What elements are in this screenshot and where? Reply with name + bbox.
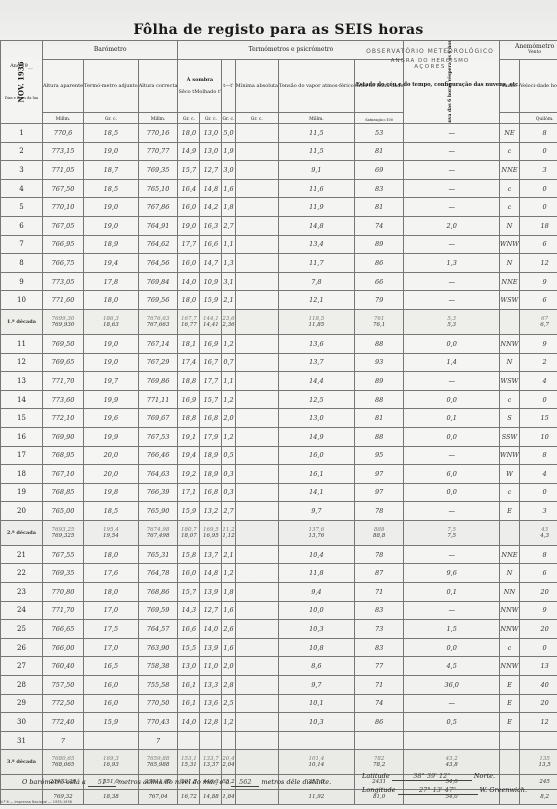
cell-alt_ap: 771,05 bbox=[42, 161, 83, 180]
cell-seco: 17,1 bbox=[178, 483, 200, 502]
cell-term: 17,0 bbox=[84, 601, 139, 620]
cell-tens bbox=[279, 731, 355, 750]
cell-chuva: 0,0 bbox=[404, 334, 499, 353]
cell-chuva: — bbox=[404, 601, 499, 620]
cell-seco: 14,0 bbox=[178, 272, 200, 291]
cell-chuva: 2,0 bbox=[404, 216, 499, 235]
cell-rumo: NNW bbox=[499, 620, 519, 639]
cell-alt_ap: 769,90 bbox=[42, 427, 83, 446]
cell-rumo: E bbox=[499, 694, 519, 713]
cell-chuva: 1,5 bbox=[404, 620, 499, 639]
cell-tens: 11,5 bbox=[279, 142, 355, 161]
unit-humidade: Saturação=100 bbox=[354, 113, 404, 124]
unit-altura-correcta: Millm. bbox=[138, 113, 178, 124]
totals-value: 1,84 bbox=[222, 790, 235, 805]
cell-rumo: c bbox=[499, 198, 519, 217]
cell-hum: 71 bbox=[354, 676, 404, 695]
day-cell: 24 bbox=[1, 601, 43, 620]
cell-molh: 13,2 bbox=[200, 502, 222, 521]
cell-seco: 18,8 bbox=[178, 372, 200, 391]
cell-vel: 40 bbox=[519, 676, 557, 695]
cell-tens: 10,3 bbox=[279, 713, 355, 732]
cell-seco: 18,0 bbox=[178, 291, 200, 310]
cell-seco: 18,1 bbox=[178, 334, 200, 353]
decade-value: 5,35,3 bbox=[404, 309, 499, 334]
cell-tens: 11,9 bbox=[279, 198, 355, 217]
cell-vel: 3 bbox=[519, 161, 557, 180]
table-row: 25766,6517,5764,5716,614,02,610,3731,5NN… bbox=[1, 620, 557, 639]
cell-chuva: — bbox=[404, 161, 499, 180]
cell-min bbox=[235, 142, 278, 161]
decade-label: 1.ª década bbox=[1, 309, 43, 334]
decade-value: 7659,88765,988 bbox=[138, 750, 178, 775]
barometer-distance: 562 bbox=[231, 778, 259, 787]
cell-min bbox=[235, 409, 278, 428]
barometer-height: 51 bbox=[88, 778, 116, 787]
cell-hum: 88 bbox=[354, 427, 404, 446]
col-minima: Mínima absoluta bbox=[235, 60, 278, 113]
cell-hum: 53 bbox=[354, 124, 404, 143]
cell-vel: 4 bbox=[519, 372, 557, 391]
cell-chuva: 4,5 bbox=[404, 657, 499, 676]
cell-tens: 11,5 bbox=[279, 124, 355, 143]
header-day: Ano 19__ NOV. 1936 Dias e fases da lua bbox=[1, 41, 43, 124]
cell-chuva: — bbox=[404, 291, 499, 310]
cell-chuva: — bbox=[404, 235, 499, 254]
day-cell: 23 bbox=[1, 583, 43, 602]
cell-chuva: — bbox=[404, 272, 499, 291]
cell-molh: 12,7 bbox=[200, 161, 222, 180]
cell-term: 18,9 bbox=[84, 235, 139, 254]
decade-value: 7674,98767,498 bbox=[138, 520, 178, 545]
cell-rumo: E bbox=[499, 502, 519, 521]
cell-vel: 2 bbox=[519, 353, 557, 372]
header-barometer: Barómetro bbox=[42, 41, 178, 60]
cell-chuva: 6,0 bbox=[404, 465, 499, 484]
totals-value bbox=[235, 790, 278, 805]
cell-tens: 10,3 bbox=[279, 620, 355, 639]
table-row: 23770,8018,0768,8615,713,91,89,4710,1NN2… bbox=[1, 583, 557, 602]
cell-hum: 89 bbox=[354, 372, 404, 391]
day-cell: 12 bbox=[1, 353, 43, 372]
cell-min bbox=[235, 291, 278, 310]
barometer-note: O barómetro está a 51 metros acima do ní… bbox=[22, 778, 331, 787]
cell-rumo: NNW bbox=[499, 657, 519, 676]
cell-vel: 18 bbox=[519, 216, 557, 235]
cell-alt_cor: 764,78 bbox=[138, 564, 178, 583]
cell-chuva: — bbox=[404, 179, 499, 198]
col-termometro-adjunto: Termó-metro adjunto bbox=[84, 60, 139, 113]
cell-diff: 2,7 bbox=[222, 216, 235, 235]
cell-min bbox=[235, 446, 278, 465]
table-row: 13771,7019,7769,8618,817,71,114,489—WSW4… bbox=[1, 372, 557, 391]
cell-min bbox=[235, 638, 278, 657]
cell-vel: 3 bbox=[519, 502, 557, 521]
unit-termometro: Gr. c. bbox=[84, 113, 139, 124]
day-cell: 28 bbox=[1, 676, 43, 695]
cell-rumo: N bbox=[499, 564, 519, 583]
cell-alt_cor: 764,62 bbox=[138, 235, 178, 254]
decade-value: 180,718,07 bbox=[178, 520, 200, 545]
cell-diff: 1,8 bbox=[222, 583, 235, 602]
cell-molh: 12,8 bbox=[200, 713, 222, 732]
cell-rumo: NNE bbox=[499, 272, 519, 291]
table-row: 7766,9518,9764,6217,716,61,113,489—WNW65… bbox=[1, 235, 557, 254]
cell-diff: 1,2 bbox=[222, 334, 235, 353]
cell-tens: 7,8 bbox=[279, 272, 355, 291]
cell-molh: 13,6 bbox=[200, 694, 222, 713]
cell-vel: 12 bbox=[519, 713, 557, 732]
cell-seco: 17,7 bbox=[178, 235, 200, 254]
cell-alt_cor: 763,90 bbox=[138, 638, 178, 657]
cell-rumo: NN bbox=[499, 583, 519, 602]
cell-alt_cor: 765,90 bbox=[138, 502, 178, 521]
cell-tens: 14,9 bbox=[279, 427, 355, 446]
totals-value: 18,38 bbox=[84, 790, 139, 805]
col-shade: À sombraSêco tMolhado t' bbox=[178, 60, 222, 113]
cell-diff: 1,6 bbox=[222, 601, 235, 620]
cell-vel: 9 bbox=[519, 272, 557, 291]
cell-tens: 11,6 bbox=[279, 179, 355, 198]
table-row: 22769,3517,6764,7816,014,81,211,8879,6N6… bbox=[1, 564, 557, 583]
table-row: 4767,5018,5765,1016,414,81,611,683—c0918… bbox=[1, 179, 557, 198]
decade-value bbox=[499, 309, 519, 334]
cell-hum: 79 bbox=[354, 291, 404, 310]
cell-alt_cor: 767,53 bbox=[138, 427, 178, 446]
cell-seco: 18,0 bbox=[178, 124, 200, 143]
cell-rumo: WSW bbox=[499, 372, 519, 391]
day-cell: 25 bbox=[1, 620, 43, 639]
cell-rumo: E bbox=[499, 676, 519, 695]
cell-seco: 15,8 bbox=[178, 545, 200, 564]
decade-value bbox=[499, 520, 519, 545]
cell-seco: 19,1 bbox=[178, 427, 200, 446]
cell-alt_ap: 768,85 bbox=[42, 483, 83, 502]
totals-value: 14,88 bbox=[200, 790, 222, 805]
cell-diff: 0,7 bbox=[222, 353, 235, 372]
cell-tens: 11,8 bbox=[279, 564, 355, 583]
col-diff: t—t' bbox=[222, 60, 235, 113]
cell-alt_cor: 765,10 bbox=[138, 179, 178, 198]
cell-alt_cor: 771,11 bbox=[138, 390, 178, 409]
cell-term: 17,8 bbox=[84, 272, 139, 291]
totals-value: 767,04 bbox=[138, 790, 178, 805]
cell-chuva: 9,6 bbox=[404, 564, 499, 583]
decade-value: 76176,1 bbox=[354, 309, 404, 334]
cell-term: 19,0 bbox=[84, 198, 139, 217]
decade-value: 153,115,31 bbox=[178, 750, 200, 775]
decade-value: 7680,65768,065 bbox=[42, 750, 83, 775]
cell-alt_ap: 771,60 bbox=[42, 291, 83, 310]
table-row: 19768,8519,8766,3917,116,80,314,1970,0c0… bbox=[1, 483, 557, 502]
cell-term: 19,4 bbox=[84, 254, 139, 273]
cell-diff: 2,7 bbox=[222, 502, 235, 521]
cell-alt_ap: 767,55 bbox=[42, 545, 83, 564]
cell-alt_ap: 766,65 bbox=[42, 620, 83, 639]
cell-alt_cor: 770,50 bbox=[138, 694, 178, 713]
cell-chuva: 1,3 bbox=[404, 254, 499, 273]
cell-hum: 88 bbox=[354, 334, 404, 353]
cell-vel: 0 bbox=[519, 142, 557, 161]
cell-tens: 10,0 bbox=[279, 601, 355, 620]
decade-value: 676,7 bbox=[519, 309, 557, 334]
unit-diff: Gr. c. bbox=[222, 113, 235, 124]
table-row: 2773,1519,0770,7714,913,01,911,581—c0928… bbox=[1, 142, 557, 161]
cell-seco: 15,7 bbox=[178, 583, 200, 602]
day-cell: 22 bbox=[1, 564, 43, 583]
cell-diff: 1,2 bbox=[222, 390, 235, 409]
cell-rumo: SSW bbox=[499, 427, 519, 446]
cell-rumo: E bbox=[499, 713, 519, 732]
cell-hum: 69 bbox=[354, 161, 404, 180]
day-cell: 18 bbox=[1, 465, 43, 484]
cell-min bbox=[235, 583, 278, 602]
cell-alt_cor: 7 bbox=[138, 731, 178, 750]
cell-min bbox=[235, 694, 278, 713]
decade-value: 195,419,54 bbox=[84, 520, 139, 545]
col-altura-aparente: Altura aparente bbox=[42, 60, 83, 113]
cell-molh: 13,0 bbox=[200, 124, 222, 143]
table-row: 17768,9520,0766,4619,418,90,516,095—WNW8… bbox=[1, 446, 557, 465]
cell-alt_cor: 770,43 bbox=[138, 713, 178, 732]
observation-table: Ano 19__ NOV. 1936 Dias e fases da lua B… bbox=[0, 40, 557, 805]
cell-vel: 0 bbox=[519, 198, 557, 217]
cell-molh: 16,8 bbox=[200, 409, 222, 428]
cell-vel bbox=[519, 731, 557, 750]
cell-vel: 20 bbox=[519, 583, 557, 602]
decade-value: 434,3 bbox=[519, 520, 557, 545]
cell-chuva: 0,0 bbox=[404, 638, 499, 657]
cell-hum: 87 bbox=[354, 564, 404, 583]
table-row: 29772,5016,0770,5016,113,62,510,174—E209… bbox=[1, 694, 557, 713]
cell-seco: 16,0 bbox=[178, 198, 200, 217]
cell-alt_ap: 767,10 bbox=[42, 465, 83, 484]
cell-alt_ap: 765,00 bbox=[42, 502, 83, 521]
table-row: 14773,6019,9771,1116,915,71,212,5880,0c0… bbox=[1, 390, 557, 409]
cell-vel: 8 bbox=[519, 446, 557, 465]
cell-chuva: 1,4 bbox=[404, 353, 499, 372]
cell-min bbox=[235, 353, 278, 372]
day-cell: 3 bbox=[1, 161, 43, 180]
cell-vel: 4 bbox=[519, 465, 557, 484]
cell-molh: 14,7 bbox=[200, 254, 222, 273]
cell-vel: 0 bbox=[519, 179, 557, 198]
cell-seco: 16,0 bbox=[178, 254, 200, 273]
cell-chuva: — bbox=[404, 446, 499, 465]
day-cell: 31 bbox=[1, 731, 43, 750]
cell-alt_cor: 766,46 bbox=[138, 446, 178, 465]
cell-vel: 9 bbox=[519, 601, 557, 620]
cell-diff: 1,6 bbox=[222, 179, 235, 198]
cell-rumo: W bbox=[499, 465, 519, 484]
cell-diff: 2,5 bbox=[222, 694, 235, 713]
cell-rumo: WNW bbox=[499, 235, 519, 254]
cell-term: 16,0 bbox=[84, 694, 139, 713]
cell-term bbox=[84, 731, 139, 750]
decade-value: 169,316,93 bbox=[84, 750, 139, 775]
cell-vel: 8 bbox=[519, 124, 557, 143]
cell-seco: 16,4 bbox=[178, 179, 200, 198]
cell-seco: 15,9 bbox=[178, 502, 200, 521]
cell-hum: 74 bbox=[354, 694, 404, 713]
cell-alt_cor: 764,63 bbox=[138, 465, 178, 484]
cell-hum: 81 bbox=[354, 409, 404, 428]
day-cell: 19 bbox=[1, 483, 43, 502]
table-row: 1770,618,5770,1618,013,05,011,553—NE8928… bbox=[1, 124, 557, 143]
cell-alt_cor: 770,16 bbox=[138, 124, 178, 143]
cell-molh: 13,9 bbox=[200, 638, 222, 657]
observatory-stamp: OBSERVATÓRIO METEOROLÓGICO ANGRA DO HERO… bbox=[330, 48, 530, 70]
cell-alt_ap: 771,70 bbox=[42, 601, 83, 620]
cell-chuva: — bbox=[404, 198, 499, 217]
cell-alt_ap: 773,05 bbox=[42, 272, 83, 291]
cell-min bbox=[235, 465, 278, 484]
cell-molh: 16,7 bbox=[200, 353, 222, 372]
cell-hum: 83 bbox=[354, 179, 404, 198]
cell-hum: 88 bbox=[354, 390, 404, 409]
cell-molh: 11,0 bbox=[200, 657, 222, 676]
cell-term: 15,9 bbox=[84, 713, 139, 732]
cell-tens: 13,7 bbox=[279, 353, 355, 372]
cell-term: 18,0 bbox=[84, 291, 139, 310]
table-row: 18767,1020,0764,6319,218,90,316,1976,0W4… bbox=[1, 465, 557, 484]
cell-tens: 13,6 bbox=[279, 334, 355, 353]
cell-vel: 6 bbox=[519, 564, 557, 583]
cell-chuva: — bbox=[404, 142, 499, 161]
cell-term: 18,5 bbox=[84, 124, 139, 143]
table-row: 3177 bbox=[1, 731, 557, 750]
cell-seco: 13,0 bbox=[178, 657, 200, 676]
cell-hum: 81 bbox=[354, 142, 404, 161]
cell-tens: 9,1 bbox=[279, 161, 355, 180]
cell-diff bbox=[222, 731, 235, 750]
cell-min bbox=[235, 161, 278, 180]
cell-min bbox=[235, 179, 278, 198]
cell-molh: 13,0 bbox=[200, 142, 222, 161]
cell-vel: 20 bbox=[519, 694, 557, 713]
day-cell: 30 bbox=[1, 713, 43, 732]
cell-tens: 14,4 bbox=[279, 372, 355, 391]
cell-min bbox=[235, 390, 278, 409]
cell-chuva: — bbox=[404, 694, 499, 713]
cell-term: 17,0 bbox=[84, 638, 139, 657]
totals-value: 16,72 bbox=[178, 790, 200, 805]
cell-alt_cor: 769,67 bbox=[138, 409, 178, 428]
cell-seco: 16,9 bbox=[178, 390, 200, 409]
cell-alt_ap: 772,40 bbox=[42, 713, 83, 732]
table-row: 16769,9019,9767,5319,117,91,214,9880,0SS… bbox=[1, 427, 557, 446]
cell-min bbox=[235, 372, 278, 391]
longitude: Longitude 27° 13' 47" W. Greenwich. bbox=[362, 786, 527, 795]
decade-value bbox=[235, 520, 278, 545]
cell-seco: 16,1 bbox=[178, 676, 200, 695]
cell-hum: 97 bbox=[354, 465, 404, 484]
cell-rumo bbox=[499, 731, 519, 750]
decade-value: 169,516,95 bbox=[200, 520, 222, 545]
cell-tens: 12,1 bbox=[279, 291, 355, 310]
cell-molh: 17,9 bbox=[200, 427, 222, 446]
table-row: 12769,6519,0767,2917,416,70,713,7931,4N2… bbox=[1, 353, 557, 372]
cell-rumo: NNE bbox=[499, 545, 519, 564]
cell-min bbox=[235, 272, 278, 291]
day-cell: 29 bbox=[1, 694, 43, 713]
cell-term: 19,8 bbox=[84, 483, 139, 502]
decade-value: 118,511,85 bbox=[279, 309, 355, 334]
day-cell: 15 bbox=[1, 409, 43, 428]
table-row: 6767,0519,0764,9119,016,32,714,8742,0N18… bbox=[1, 216, 557, 235]
cell-term: 20,0 bbox=[84, 446, 139, 465]
cell-seco: 15,7 bbox=[178, 161, 200, 180]
cell-vel: 15 bbox=[519, 409, 557, 428]
day-cell: 10 bbox=[1, 291, 43, 310]
cell-hum: 95 bbox=[354, 446, 404, 465]
cell-hum: 83 bbox=[354, 601, 404, 620]
table-row: 21767,5518,0765,3115,813,72,110,478—NNE8… bbox=[1, 545, 557, 564]
cell-term: 18,5 bbox=[84, 502, 139, 521]
cell-alt_cor: 758,38 bbox=[138, 657, 178, 676]
cell-tens: 9,7 bbox=[279, 502, 355, 521]
cell-vel: 13 bbox=[519, 657, 557, 676]
cell-diff: 1,2 bbox=[222, 713, 235, 732]
cell-hum: 71 bbox=[354, 583, 404, 602]
cell-diff: 1,9 bbox=[222, 142, 235, 161]
cell-molh: 15,7 bbox=[200, 390, 222, 409]
unit-seco: Gr. c. bbox=[178, 113, 200, 124]
cell-term: 18,7 bbox=[84, 161, 139, 180]
cell-hum: 86 bbox=[354, 713, 404, 732]
day-cell: 20 bbox=[1, 502, 43, 521]
cell-molh: 14,2 bbox=[200, 198, 222, 217]
day-cell: 13 bbox=[1, 372, 43, 391]
printer-imprint: N.º 6 — Imprensa Nacional — 1935-1936 bbox=[0, 800, 72, 804]
cell-seco: 18,8 bbox=[178, 409, 200, 428]
cell-alt_ap: 757,50 bbox=[42, 676, 83, 695]
cell-diff: 2,0 bbox=[222, 657, 235, 676]
cell-tens: 12,5 bbox=[279, 390, 355, 409]
cell-min bbox=[235, 731, 278, 750]
cell-rumo: S bbox=[499, 409, 519, 428]
table-row: 15772,1019,6769,6718,816,82,013,0810,1S1… bbox=[1, 409, 557, 428]
unit-velocidade: Quilóm. bbox=[519, 113, 557, 124]
decade-value: 144,114,41 bbox=[200, 309, 222, 334]
day-cell: 17 bbox=[1, 446, 43, 465]
cell-alt_cor: 767,29 bbox=[138, 353, 178, 372]
cell-tens: 10,4 bbox=[279, 545, 355, 564]
cell-hum: 66 bbox=[354, 272, 404, 291]
cell-vel: 10 bbox=[519, 427, 557, 446]
cell-min bbox=[235, 564, 278, 583]
cell-hum: 97 bbox=[354, 483, 404, 502]
cell-tens: 14,1 bbox=[279, 483, 355, 502]
cell-diff: 1,1 bbox=[222, 235, 235, 254]
cell-alt_ap: 766,95 bbox=[42, 235, 83, 254]
table-row: 10771,6018,0769,5618,015,92,112,179—WSW6… bbox=[1, 291, 557, 310]
cell-molh: 14,8 bbox=[200, 179, 222, 198]
cell-molh bbox=[200, 731, 222, 750]
table-row: 24771,7017,0769,5914,312,71,610,083—NNW9… bbox=[1, 601, 557, 620]
cell-diff: 2,1 bbox=[222, 545, 235, 564]
cell-vel: 0 bbox=[519, 483, 557, 502]
cell-rumo: NNE bbox=[499, 161, 519, 180]
cell-alt_cor: 767,14 bbox=[138, 334, 178, 353]
cell-min bbox=[235, 216, 278, 235]
cell-vel: 6 bbox=[519, 235, 557, 254]
cell-seco: 19,4 bbox=[178, 446, 200, 465]
cell-diff: 3,0 bbox=[222, 161, 235, 180]
cell-alt_ap: 769,50 bbox=[42, 334, 83, 353]
unit-molhado: Gr. c. bbox=[200, 113, 222, 124]
cell-min bbox=[235, 713, 278, 732]
